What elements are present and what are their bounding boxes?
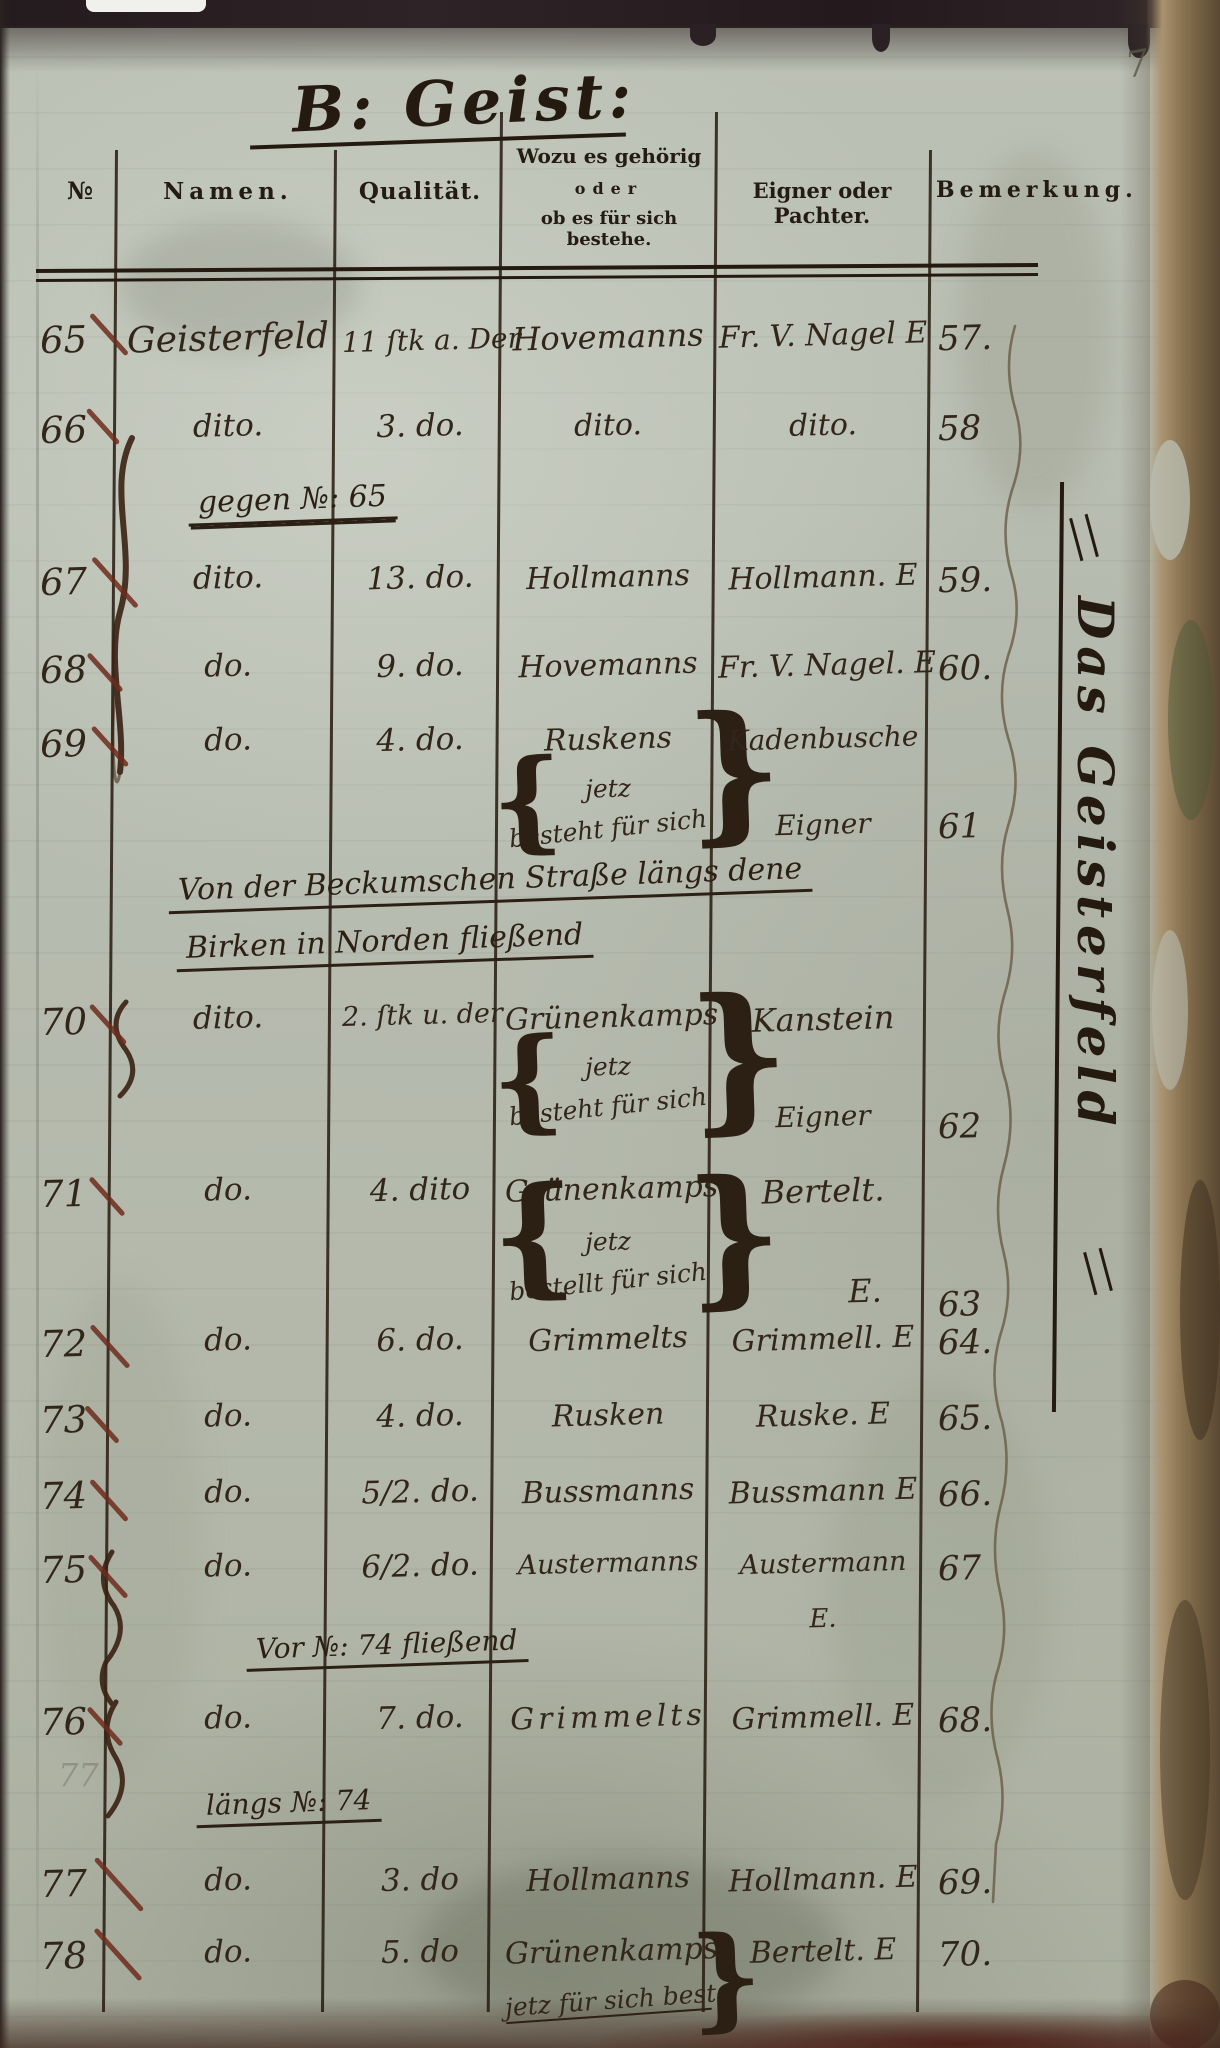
margin-brace-flourish	[80, 430, 160, 1850]
torn-edge-spot	[1150, 440, 1190, 560]
cell-bemerkung: 57.	[937, 317, 1030, 359]
cell-eigner: Grimmell. E	[718, 1319, 929, 1359]
cell-qualitaet: 4. dito	[342, 1170, 499, 1210]
cell-qualitaet: 2. ſtk u. der	[342, 998, 499, 1033]
cell-bemerkung: 70.	[937, 1933, 1030, 1975]
cell-qualitaet: 13. do.	[342, 558, 499, 598]
bottom-dark-band	[600, 2012, 1200, 2048]
cell-eigner: Hollmann. E	[718, 1859, 929, 1899]
cell-eigner: Austermann	[718, 1545, 929, 1581]
cell-eigner-line2: Eigner	[718, 805, 929, 843]
marginal-note: Vor №: 74 fließend	[245, 1623, 528, 1672]
cell-wozu: Grimmelts	[505, 1697, 712, 1737]
cell-wozu: Hollmanns	[505, 557, 712, 597]
cell-qualitaet: 6. do.	[342, 1320, 499, 1360]
cell-namen: dito.	[122, 997, 335, 1039]
cell-namen: do.	[122, 719, 335, 761]
cell-wozu: Bussmanns	[505, 1471, 712, 1511]
cell-bemerkung: 68.	[937, 1699, 1030, 1741]
faded-row-number: 77	[58, 1756, 99, 1794]
paper-crease	[36, 60, 39, 2020]
cell-bemerkung: 59.	[937, 559, 1030, 601]
torn-edge-spot	[1160, 1600, 1210, 1900]
column-header-wozu-line1: Wozu es gehörig	[505, 144, 713, 168]
margin-caption-rule	[1052, 482, 1064, 1412]
cell-eigner: Grimmell. E	[718, 1697, 929, 1737]
cell-wozu: Grünenkamps	[505, 1931, 712, 1971]
cell-wozu: Rusken	[505, 1395, 712, 1435]
cell-bemerkung: 62	[937, 1105, 1030, 1147]
cell-wozu: Hovemanns	[505, 645, 712, 685]
curly-brace-mark: {	[490, 1175, 578, 1295]
row-number: 74	[39, 1473, 122, 1518]
cell-eigner: Hollmann. E	[718, 557, 929, 597]
cell-qualitaet: 3. do.	[342, 406, 499, 446]
cell-qualitaet: 6/2. do.	[342, 1546, 499, 1586]
document-page: 7 B: Geist: № Namen. Qualität. Wozu es g…	[0, 0, 1220, 2048]
row-number: 70	[39, 999, 122, 1044]
marginal-note: Von der Beckumschen Straße längs dene	[167, 851, 813, 914]
margin-caption-vertical-text: Das Geisterfeld	[1066, 596, 1125, 1436]
cell-namen: do.	[122, 1471, 335, 1513]
cell-eigner: Bertelt. E	[718, 1931, 929, 1971]
row-number: 75	[39, 1547, 122, 1592]
cell-wozu: Grimmelts	[505, 1319, 712, 1359]
cell-eigner: dito.	[718, 405, 929, 445]
cell-namen: dito.	[122, 557, 335, 599]
marginal-note: gegen №: 65	[187, 478, 397, 526]
cell-bemerkung: 69.	[937, 1861, 1030, 1903]
cell-eigner-line2: Eigner	[718, 1097, 929, 1135]
column-header-wozu-line2: oder	[505, 179, 713, 198]
cell-qualitaet: 4. do.	[342, 1396, 499, 1436]
cell-bemerkung: 65.	[937, 1397, 1030, 1439]
cell-bemerkung: 60.	[937, 647, 1030, 689]
cell-qualitaet: 11 ſtk a. Der	[342, 322, 499, 359]
cell-namen: Geisterfeld	[121, 315, 334, 362]
cell-namen: do.	[122, 1395, 335, 1437]
column-header-eigner: Eigner oder Pachter.	[716, 178, 928, 228]
cell-namen: do.	[122, 645, 335, 687]
cell-namen: do.	[122, 1169, 335, 1211]
cell-bemerkung: 67	[937, 1547, 1030, 1589]
cell-qualitaet: 4. do.	[342, 720, 499, 760]
cell-namen: do.	[122, 1319, 335, 1361]
cell-qualitaet: 9. do.	[342, 646, 499, 686]
cell-qualitaet: 5/2. do.	[342, 1472, 499, 1512]
marginal-note: längs №: 74	[195, 1783, 382, 1828]
cell-wozu: Hollmanns	[505, 1859, 712, 1899]
cell-eigner: Fr. V. Nagel. E	[718, 645, 929, 685]
paper-notch	[86, 0, 206, 12]
cell-qualitaet: 3. do	[342, 1860, 499, 1900]
curly-brace-mark: {	[490, 1029, 566, 1132]
cell-wozu: Hovemanns	[505, 315, 712, 358]
torn-edge-spot	[1152, 930, 1188, 1090]
row-number: 68	[39, 647, 122, 692]
cell-eigner: Bertelt.	[718, 1169, 929, 1212]
cell-eigner: Bussmann E	[718, 1471, 929, 1511]
cell-eigner-line2: E.	[718, 1601, 929, 1636]
cell-wozu: Austermanns	[505, 1545, 712, 1581]
cell-namen: do.	[122, 1545, 335, 1587]
edge-spot	[872, 24, 890, 52]
column-header-namen: Namen.	[122, 178, 334, 205]
torn-edge-spot	[1180, 1180, 1220, 1440]
marginal-note: Birken in Norden fließend	[175, 917, 594, 973]
column-header-qualitaet: Qualität.	[342, 178, 498, 205]
cell-bemerkung: 58	[937, 407, 1030, 449]
cell-bemerkung: 63	[937, 1283, 1030, 1325]
column-header-no: №	[42, 176, 118, 205]
cell-bemerkung: 61	[937, 805, 1030, 847]
cell-namen: do.	[122, 1859, 335, 1901]
cell-wozu: dito.	[505, 405, 712, 445]
equals-mark	[1069, 514, 1099, 561]
torn-edge-spot	[1168, 620, 1214, 820]
cell-eigner: Kadenbusche	[718, 719, 929, 757]
cell-qualitaet: 5. do	[342, 1932, 499, 1972]
edge-spot	[690, 24, 716, 46]
row-number: 76	[39, 1699, 122, 1744]
cell-namen: do.	[122, 1931, 335, 1973]
cell-bemerkung: 66.	[937, 1473, 1030, 1515]
cell-bemerkung: 64.	[937, 1321, 1030, 1363]
row-number: 77	[39, 1861, 122, 1906]
cell-qualitaet: 7. do.	[342, 1698, 499, 1738]
cell-eigner: Fr. V. Nagel E	[718, 315, 929, 355]
photo-left-edge	[0, 0, 10, 2048]
cell-eigner: Kanstein	[718, 997, 929, 1040]
cell-namen: dito.	[122, 405, 335, 447]
cell-eigner: Ruske. E	[718, 1395, 929, 1435]
cell-namen: do.	[122, 1697, 335, 1739]
row-number: 71	[39, 1171, 122, 1216]
row-number: 66	[39, 407, 122, 452]
column-header-wozu-line3: ob es für sich bestehe.	[505, 208, 713, 250]
column-header-bemerkung: Bemerkung.	[936, 177, 1114, 203]
row-number: 78	[39, 1933, 122, 1978]
curly-brace-mark: {	[490, 749, 564, 850]
